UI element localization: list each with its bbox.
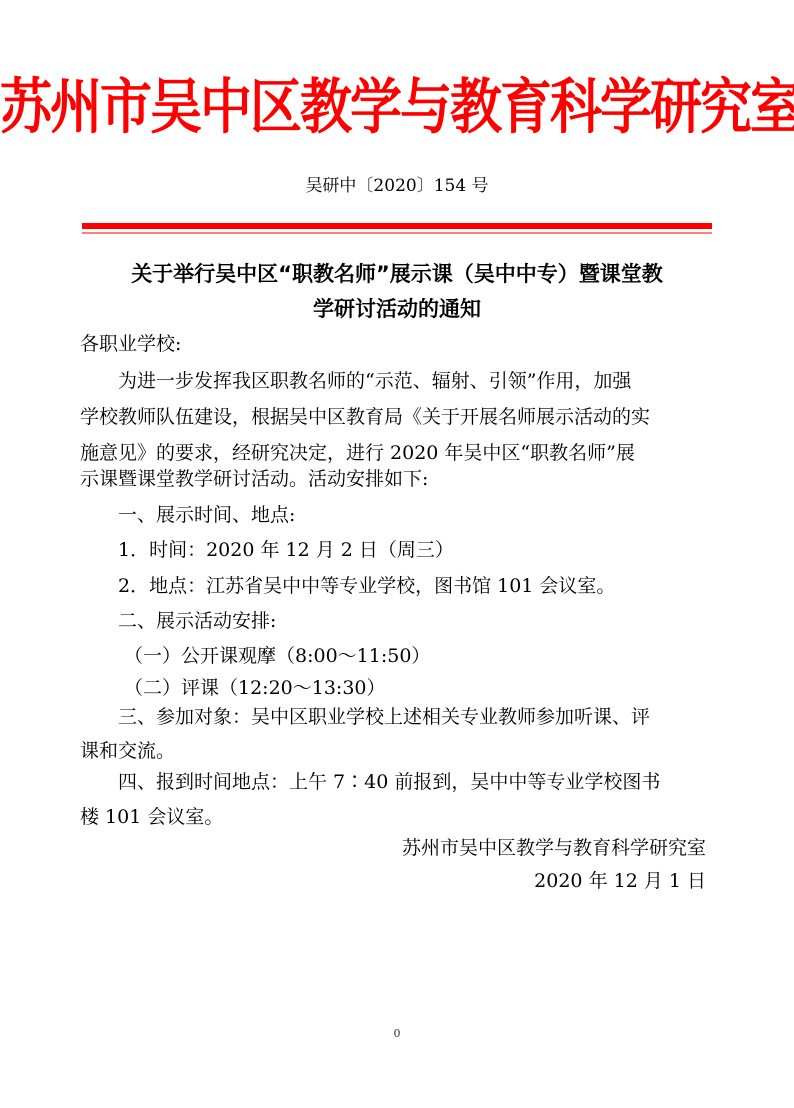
- section-2-item-review: （二）评课（12:20～13:30）: [124, 675, 386, 701]
- notice-title-line-1: 关于举行吴中区“职教名师”展示课（吴中中专）暨课堂教: [0, 259, 794, 289]
- section-3-line: 三、参加对象：吴中区职业学校上述相关专业教师参加听课、评: [118, 704, 650, 730]
- notice-title-line-2: 学研讨活动的通知: [0, 294, 794, 324]
- salutation: 各职业学校:: [80, 331, 181, 357]
- section-2-heading: 二、展示活动安排:: [118, 608, 276, 634]
- page-number: 0: [0, 1027, 794, 1040]
- document-number: 吴研中〔2020〕154 号: [0, 174, 794, 198]
- section-4-line: 四、报到时间地点：上午 7∶40 前报到，吴中中等专业学校图书: [118, 769, 660, 795]
- red-divider-thin: [82, 232, 712, 234]
- intro-line: 为进一步发挥我区职教名师的“示范、辐射、引领”作用，加强: [118, 368, 631, 394]
- intro-line: 学校教师队伍建设，根据吴中区教育局《关于开展名师展示活动的实: [80, 404, 650, 430]
- intro-line: 示课暨课堂教学研讨活动。活动安排如下:: [80, 466, 428, 492]
- red-divider-thick: [82, 223, 712, 229]
- section-1-item-location: 2．地点：江苏省吴中中等专业学校，图书馆 101 会议室。: [118, 573, 615, 599]
- section-1-heading: 一、展示时间、地点:: [118, 502, 295, 528]
- section-4-line: 楼 101 会议室。: [80, 804, 223, 830]
- masthead-title: 苏州市吴中区教学与教育科学研究室: [0, 71, 794, 145]
- section-3-line: 课和交流。: [80, 738, 175, 764]
- section-2-item-open-class: （一）公开课观摩（8:00～11:50）: [124, 643, 430, 669]
- signature-organization: 苏州市吴中区教学与教育科学研究室: [402, 835, 706, 861]
- signature-date: 2020 年 12 月 1 日: [534, 868, 706, 894]
- section-1-item-time: 1．时间：2020 年 12 月 2 日（周三）: [118, 537, 454, 563]
- intro-line: 施意见》的要求，经研究决定，进行 2020 年吴中区“职教名师”展: [80, 440, 635, 466]
